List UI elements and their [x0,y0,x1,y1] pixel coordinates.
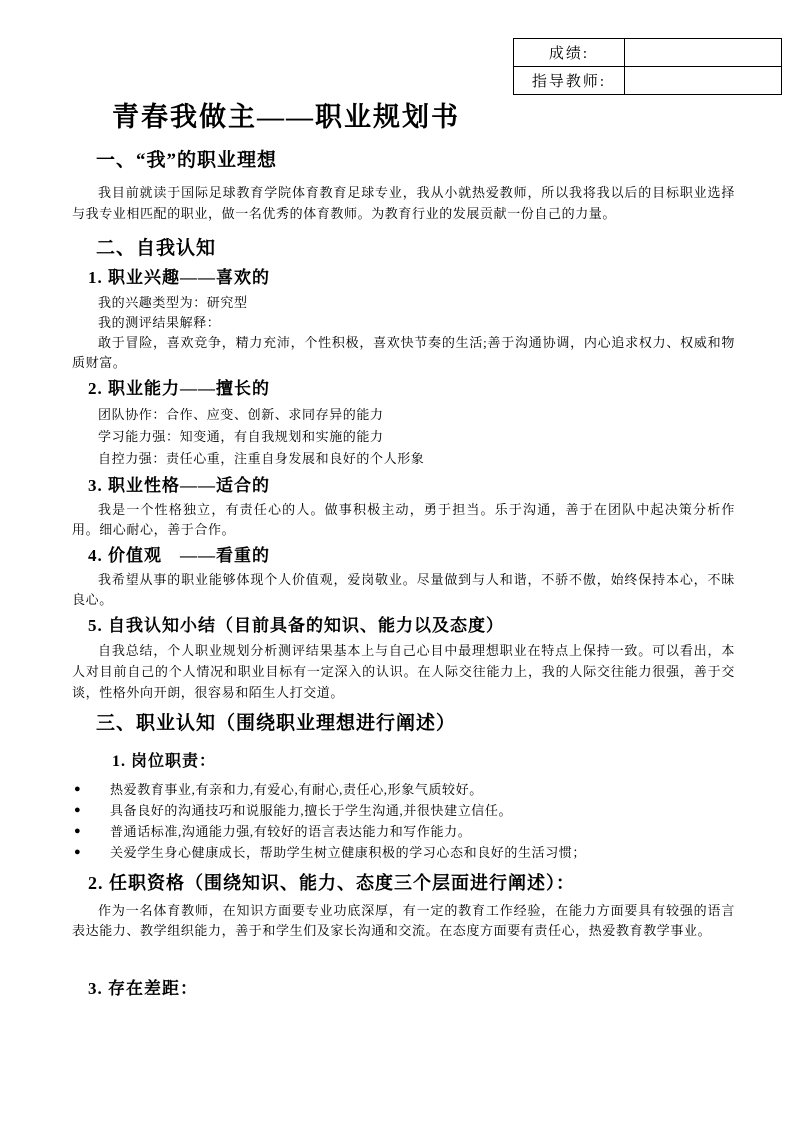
document-page: 成绩: 指导教师: 青春我做主——职业规划书 一、“我”的职业理想 我目前就读于… [0,0,793,1122]
advisor-value [625,67,782,95]
section2-sub2-heading: 2. 职业能力——擅长的 [88,377,735,401]
bullet-item: ● 具备良好的沟通技巧和说服能力,擅长于学生沟通,并很快建立信任。 [72,800,735,821]
bullet-item: ● 关爱学生身心健康成长，帮助学生树立健康积极的学习心态和良好的生活习惯； [72,842,735,863]
grade-label: 成绩: [514,39,625,67]
section1-heading: 一、“我”的职业理想 [96,148,735,174]
section2-heading: 二、自我认知 [96,236,735,262]
section3-sub1-heading: 1. 岗位职责： [112,751,735,773]
section2-sub5-heading: 5. 自我认知小结（目前具备的知识、能力以及态度） [88,614,735,638]
section2-sub1-paragraph: 敢于冒险，喜欢竞争，精力充沛，个性积极，喜欢快节奏的生活;善于沟通协调，内心追求… [72,333,735,373]
bullet-icon: ● [74,821,81,842]
section2-sub4-paragraph: 我希望从事的职业能够体现个人价值观，爱岗敬业。尽量做到与人和谐，不骄不傲，始终保… [72,570,735,610]
advisor-row: 指导教师: [514,67,782,95]
bullet-text: 关爱学生身心健康成长，帮助学生树立健康积极的学习心态和良好的生活习惯； [110,845,586,860]
bullet-text: 具备良好的沟通技巧和说服能力,擅长于学生沟通,并很快建立信任。 [110,803,512,818]
teamwork-line: 团队协作：合作、应变、创新、求同存异的能力 [98,404,735,426]
advisor-label: 指导教师: [514,67,625,95]
selfcontrol-line: 自控力强：责任心重，注重自身发展和良好的个人形象 [98,448,735,470]
section3-sub3-heading: 3. 存在差距： [88,977,735,1001]
section2-sub3-heading: 3. 职业性格——适合的 [88,474,735,498]
section2-sub4-heading: 4. 价值观 ——看重的 [88,544,735,568]
grade-table: 成绩: 指导教师: [513,38,782,95]
bullet-icon: ● [74,842,81,863]
test-result-line: 我的测评结果解释： [98,313,735,333]
section3-heading: 三、职业认知（围绕职业理想进行阐述） [96,711,735,737]
section2-sub5-paragraph: 自我总结，个人职业规划分析测评结果基本上与自己心目中最理想职业在特点上保持一致。… [72,640,735,703]
section3-sub2-heading: 2. 任职资格（围绕知识、能力、态度三个层面进行阐述）： [88,871,735,895]
bullet-item: ● 普通话标准,沟通能力强,有较好的语言表达能力和写作能力。 [72,821,735,842]
grade-row: 成绩: [514,39,782,67]
section1-paragraph: 我目前就读于国际足球教育学院体育教育足球专业，我从小就热爱教师，所以我将我以后的… [72,182,735,224]
bullet-text: 热爱教育事业,有亲和力,有爱心,有耐心,责任心,形象气质较好。 [110,782,483,797]
bullet-item: ● 热爱教育事业,有亲和力,有爱心,有耐心,责任心,形象气质较好。 [72,779,735,800]
section3-sub2-paragraph: 作为一名体育教师，在知识方面要专业功底深厚，有一定的教育工作经验，在能力方面要具… [72,901,735,941]
section2-sub1-heading: 1. 职业兴趣——喜欢的 [88,266,735,290]
bullet-icon: ● [74,779,81,800]
interest-type-line: 我的兴趣类型为：研究型 [98,293,735,313]
learning-line: 学习能力强：知变通，有自我规划和实施的能力 [98,426,735,448]
bullet-icon: ● [74,800,81,821]
duty-bullet-list: ● 热爱教育事业,有亲和力,有爱心,有耐心,责任心,形象气质较好。 ● 具备良好… [72,779,735,863]
document-title: 青春我做主——职业规划书 [112,100,735,134]
grade-value [625,39,782,67]
document-body: 青春我做主——职业规划书 一、“我”的职业理想 我目前就读于国际足球教育学院体育… [0,100,793,1001]
section2-sub3-paragraph: 我是一个性格独立，有责任心的人。做事积极主动，勇于担当。乐于沟通，善于在团队中起… [72,500,735,540]
bullet-text: 普通话标准,沟通能力强,有较好的语言表达能力和写作能力。 [110,824,471,839]
